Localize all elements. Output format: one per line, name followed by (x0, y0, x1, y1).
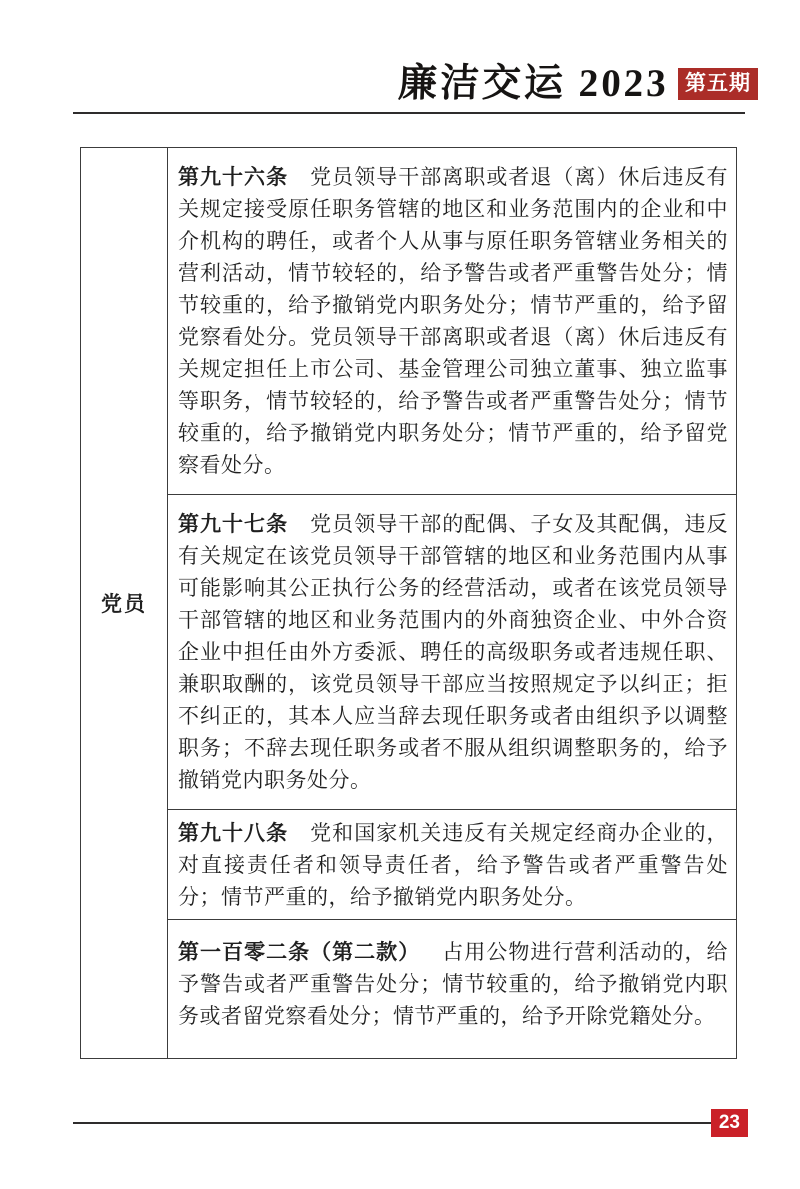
page-number-badge: 23 (711, 1109, 748, 1137)
articles-column: 第九十六条党员领导干部离职或者退（离）休后违反有关规定接受原任职务管辖的地区和业… (168, 148, 736, 1058)
article-text: 党员领导干部的配偶、子女及其配偶，违反有关规定在该党员领导干部管辖的地区和业务范… (178, 512, 728, 792)
header-rule (73, 112, 745, 114)
article-number: 第九十八条 (178, 821, 288, 845)
masthead: 廉洁交运 2023 第五期 (0, 0, 800, 103)
magazine-page: 廉洁交运 2023 第五期 党员 第九十六条党员领导干部离职或者退（离）休后违反… (0, 0, 800, 1189)
article-paragraph: 第九十七条党员领导干部的配偶、子女及其配偶，违反有关规定在该党员领导干部管辖的地… (178, 508, 728, 796)
category-label: 党员 (101, 588, 147, 618)
table-row: 第一百零二条（第二款）占用公物进行营利活动的，给予警告或者严重警告处分；情节较重… (168, 920, 736, 1058)
footer-inner: 23 (73, 1093, 748, 1137)
table-row: 第九十七条党员领导干部的配偶、子女及其配偶，违反有关规定在该党员领导干部管辖的地… (168, 495, 736, 810)
magazine-title: 廉洁交运 2023 (398, 64, 670, 103)
table-row: 第九十八条党和国家机关违反有关规定经商办企业的，对直接责任者和领导责任者，给予警… (168, 810, 736, 920)
table-row: 第九十六条党员领导干部离职或者退（离）休后违反有关规定接受原任职务管辖的地区和业… (168, 148, 736, 495)
article-number: 第一百零二条（第二款） (178, 940, 420, 964)
category-cell: 党员 (81, 148, 168, 1058)
article-text: 党员领导干部离职或者退（离）休后违反有关规定接受原任职务管辖的地区和业务范围内的… (178, 165, 728, 477)
page-footer: 23 (0, 1093, 800, 1189)
article-number: 第九十七条 (178, 512, 288, 536)
discipline-table: 党员 第九十六条党员领导干部离职或者退（离）休后违反有关规定接受原任职务管辖的地… (80, 147, 737, 1059)
page-header: 廉洁交运 2023 第五期 (0, 0, 800, 114)
article-paragraph: 第九十八条党和国家机关违反有关规定经商办企业的，对直接责任者和领导责任者，给予警… (178, 817, 728, 913)
article-paragraph: 第九十六条党员领导干部离职或者退（离）休后违反有关规定接受原任职务管辖的地区和业… (178, 161, 728, 481)
issue-badge: 第五期 (678, 68, 758, 100)
footer-rule (73, 1122, 711, 1124)
article-number: 第九十六条 (178, 165, 288, 189)
article-paragraph: 第一百零二条（第二款）占用公物进行营利活动的，给予警告或者严重警告处分；情节较重… (178, 936, 728, 1032)
